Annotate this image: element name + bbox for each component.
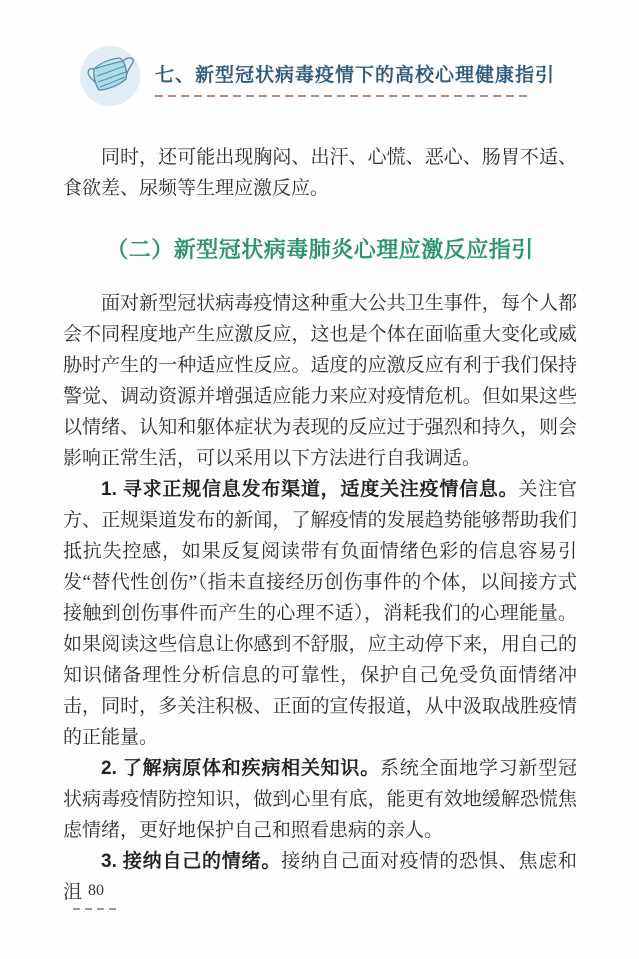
list-item-2: 2. 了解病原体和疾病相关知识。系统全面地学习新型冠状病毒疫情防控知识，做到心里… bbox=[63, 753, 577, 846]
page-content: 同时，还可能出现胸闷、出汗、心慌、恶心、肠胃不适、食欲差、尿频等生理应激反应。 … bbox=[63, 142, 577, 908]
section-heading: （二）新型冠状病毒肺炎心理应激反应指引 bbox=[63, 235, 577, 265]
footer-dashed-line bbox=[73, 908, 119, 910]
list-item-2-label: 2. 了解病原体和疾病相关知识。 bbox=[101, 758, 380, 779]
page-number: 80 bbox=[73, 882, 119, 900]
page-footer: 80 bbox=[73, 882, 119, 910]
section-intro-paragraph: 面对新型冠状病毒疫情这种重大公共卫生事件，每个人都会不同程度地产生应激反应，这也… bbox=[63, 288, 577, 474]
list-item-3-label: 3. 接纳自己的情绪。 bbox=[101, 851, 281, 872]
chapter-header-text: 七、新型冠状病毒疫情下的高校心理健康指引 bbox=[155, 46, 555, 97]
list-item-1-label: 1. 寻求正规信息发布渠道，适度关注疫情信息。 bbox=[101, 479, 518, 500]
chapter-header: 七、新型冠状病毒疫情下的高校心理健康指引 bbox=[80, 46, 639, 106]
header-dashed-divider bbox=[155, 95, 527, 97]
document-page: 七、新型冠状病毒疫情下的高校心理健康指引 同时，还可能出现胸闷、出汗、心慌、恶心… bbox=[0, 0, 639, 959]
list-item-1: 1. 寻求正规信息发布渠道，适度关注疫情信息。关注官方、正规渠道发布的新闻，了解… bbox=[63, 474, 577, 753]
chapter-title: 七、新型冠状病毒疫情下的高校心理健康指引 bbox=[155, 60, 555, 87]
intro-paragraph: 同时，还可能出现胸闷、出汗、心慌、恶心、肠胃不适、食欲差、尿频等生理应激反应。 bbox=[63, 142, 577, 204]
face-mask-icon-svg bbox=[80, 46, 140, 106]
face-mask-icon bbox=[80, 46, 140, 106]
section-intro-text: 面对新型冠状病毒疫情这种重大公共卫生事件，每个人都会不同程度地产生应激反应，这也… bbox=[63, 293, 577, 469]
list-item-3: 3. 接纳自己的情绪。接纳自己面对疫情的恐惧、焦虑和沮 bbox=[63, 846, 577, 908]
intro-paragraph-text: 同时，还可能出现胸闷、出汗、心慌、恶心、肠胃不适、食欲差、尿频等生理应激反应。 bbox=[63, 147, 577, 199]
list-item-1-body: 关注官方、正规渠道发布的新闻，了解疫情的发展趋势能够帮助我们抵抗失控感，如果反复… bbox=[63, 479, 577, 748]
